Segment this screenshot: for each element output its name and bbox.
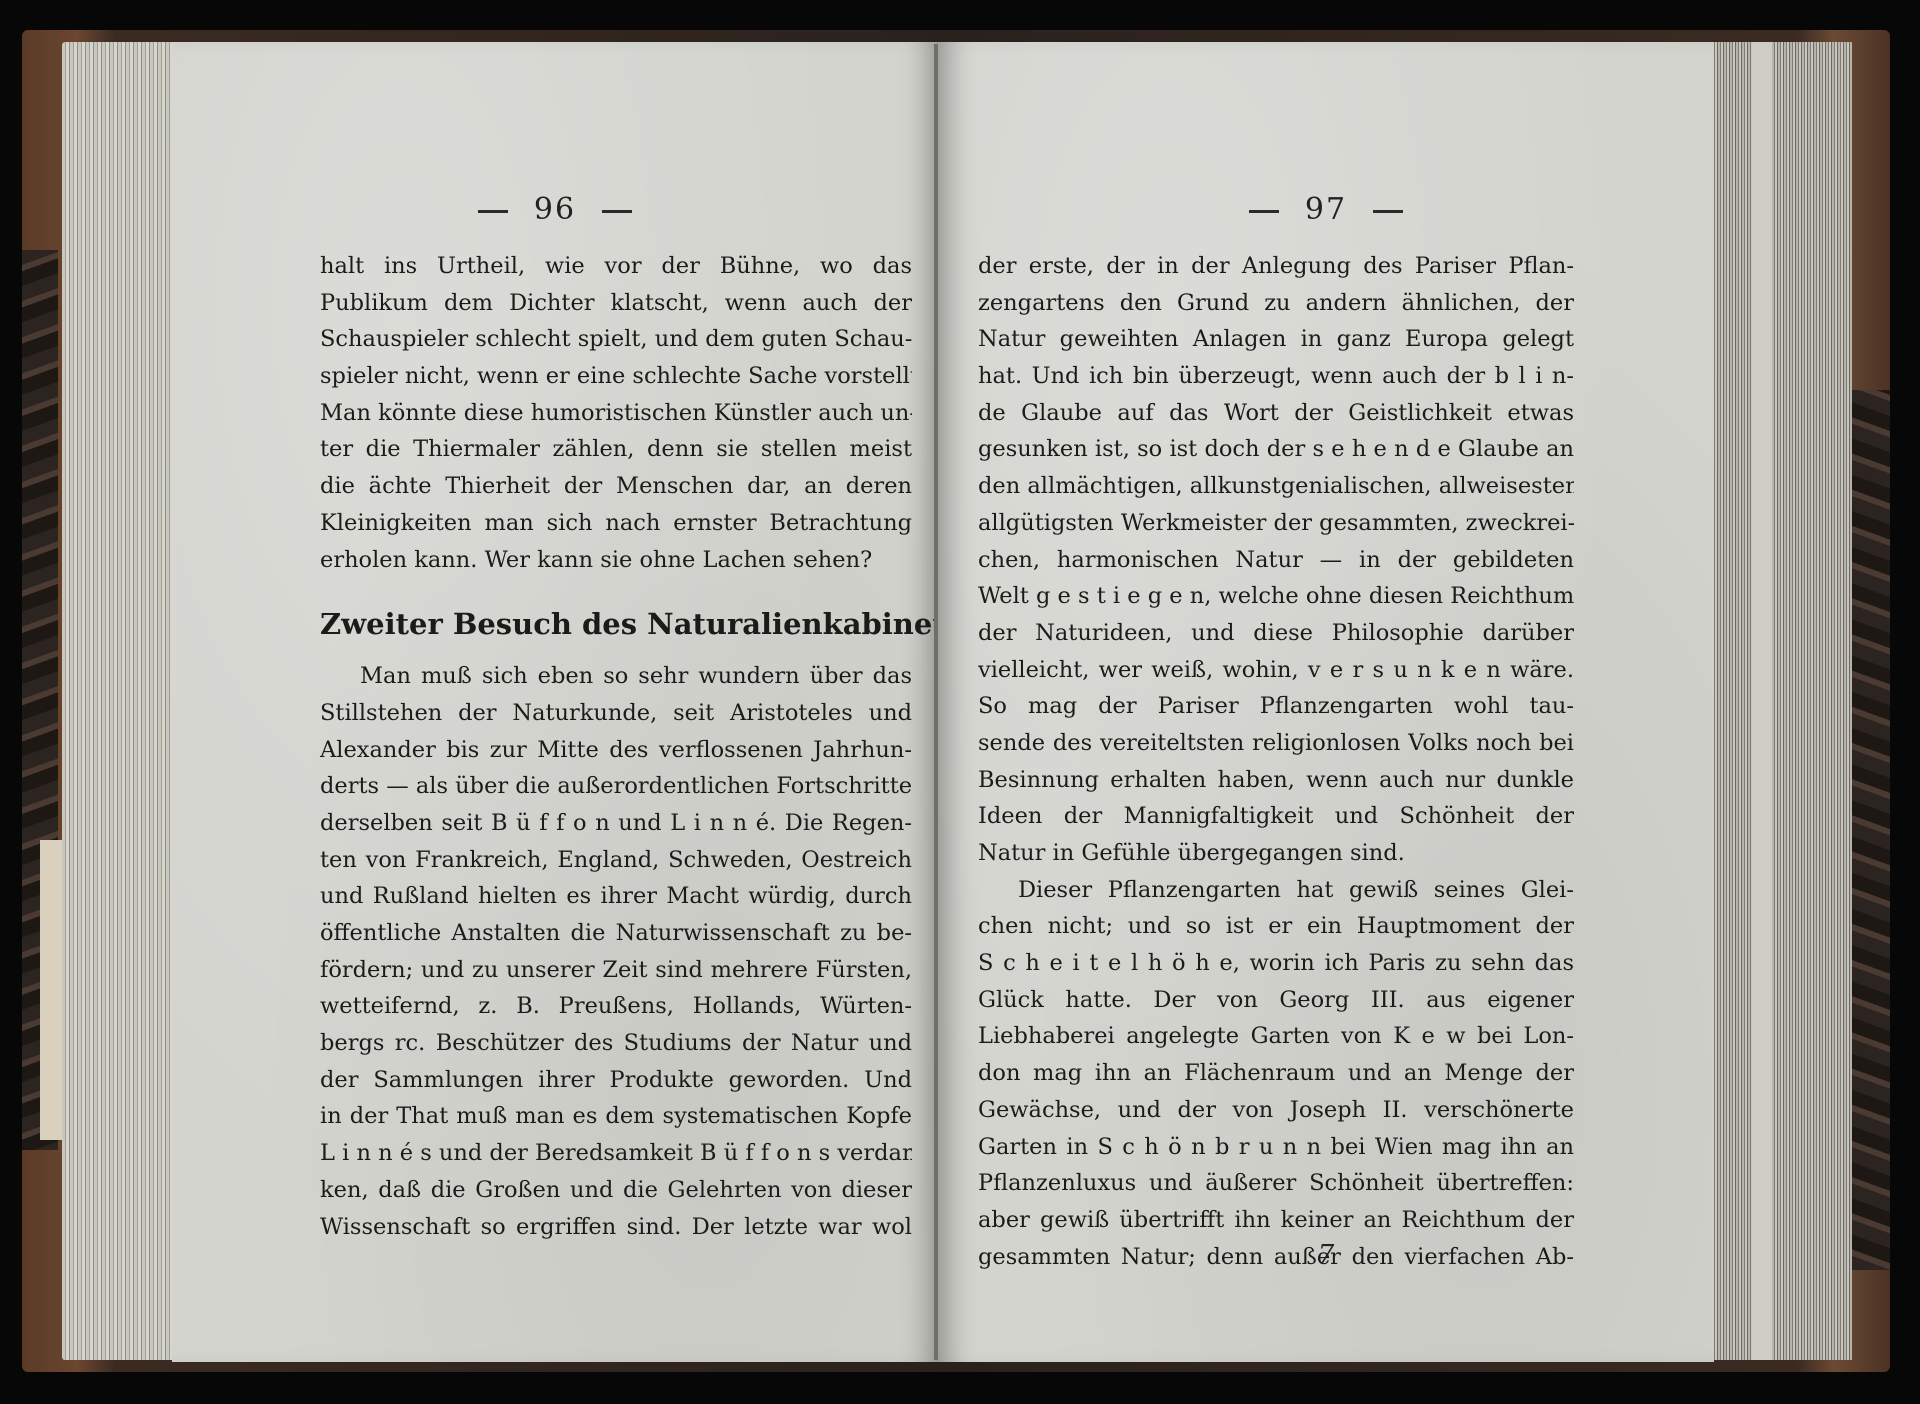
text-line: ken, daß die Großen und die Gelehrten vo… (320, 1172, 912, 1209)
text-line: gesunken ist, so ist doch der s e h e n … (978, 431, 1574, 468)
text-line: Wissenschaft so ergriffen sind. Der letz… (320, 1209, 912, 1246)
text-line: den allmächtigen, allkunstgenialischen, … (978, 468, 1574, 505)
text-line: der erste, der in der Anlegung des Paris… (978, 248, 1574, 285)
text-line: chen nicht; und so ist er ein Hauptmomen… (978, 908, 1574, 945)
text-line: So mag der Pariser Pflanzengarten wohl t… (978, 688, 1574, 725)
dash-ornament (478, 210, 508, 213)
text-line: ter die Thiermaler zählen, denn sie stel… (320, 431, 912, 468)
text-line: derselben seit B ü f f o n und L i n n é… (320, 805, 912, 842)
text-line: Publikum dem Dichter klatscht, wenn auch… (320, 285, 912, 322)
text-line: Man muß sich eben so sehr wundern über d… (320, 658, 912, 695)
text-line: halt ins Urtheil, wie vor der Bühne, wo … (320, 248, 912, 285)
text-line: vielleicht, wer weiß, wohin, v e r s u n… (978, 652, 1574, 689)
page-stack-right (1712, 42, 1852, 1360)
dash-ornament (602, 210, 632, 213)
text-line: bergs rc. Beschützer des Studiums der Na… (320, 1025, 912, 1062)
text-line: ten von Frankreich, England, Schweden, O… (320, 842, 912, 879)
text-line: der Naturideen, und diese Philosophie da… (978, 615, 1574, 652)
left-page-text: halt ins Urtheil, wie vor der Bühne, wo … (320, 248, 912, 1245)
right-page-text: der erste, der in der Anlegung des Paris… (978, 248, 1574, 1275)
text-line: der Sammlungen ihrer Produkte geworden. … (320, 1062, 912, 1099)
text-line: S c h e i t e l h ö h e, worin ich Paris… (978, 945, 1574, 982)
text-line: wetteifernd, z. B. Preußens, Hollands, W… (320, 988, 912, 1025)
text-line: Ideen der Mannigfaltigkeit und Schönheit… (978, 798, 1574, 835)
text-line: Dieser Pflanzengarten hat gewiß seines G… (978, 872, 1574, 909)
text-line: Kleinigkeiten man sich nach ernster Betr… (320, 505, 912, 542)
text-line: öffentliche Anstalten die Naturwissensch… (320, 915, 912, 952)
text-line: L i n n é s und der Beredsamkeit B ü f f… (320, 1135, 912, 1172)
text-line: aber gewiß übertrifft ihn keiner an Reic… (978, 1202, 1574, 1239)
text-line: allgütigsten Werkmeister der gesammten, … (978, 505, 1574, 542)
text-line: die ächte Thierheit der Menschen dar, an… (320, 468, 912, 505)
dash-ornament (1249, 210, 1279, 213)
text-line: Natur geweihten Anlagen in ganz Europa g… (978, 321, 1574, 358)
text-line: Natur in Gefühle übergegangen sind. (978, 835, 1574, 872)
text-line: chen, harmonischen Natur — in der gebild… (978, 542, 1574, 579)
page-number-right: 97 (1305, 192, 1347, 227)
page-stack-highlight (1752, 42, 1772, 1360)
page-stack-left (62, 42, 174, 1360)
text-line: hat. Und ich bin überzeugt, wenn auch de… (978, 358, 1574, 395)
text-line: Welt g e s t i e g e n, welche ohne dies… (978, 578, 1574, 615)
left-page: 96 halt ins Urtheil, wie vor der Bühne, … (172, 42, 938, 1362)
text-line: und Rußland hielten es ihrer Macht würdi… (320, 878, 912, 915)
text-line: Besinnung erhalten haben, wenn auch nur … (978, 762, 1574, 799)
page-header-left: 96 (172, 192, 938, 227)
marbled-board-right (1850, 390, 1890, 1270)
text-line: Glück hatte. Der von Georg III. aus eige… (978, 982, 1574, 1019)
text-line: Pflanzenluxus und äußerer Schönheit über… (978, 1165, 1574, 1202)
text-line: Alexander bis zur Mitte des verflossenen… (320, 732, 912, 769)
text-line: Garten in S c h ö n b r u n n bei Wien m… (978, 1129, 1574, 1166)
text-line: Schauspieler schlecht spielt, und dem gu… (320, 321, 912, 358)
text-line: de Glaube auf das Wort der Geistlichkeit… (978, 395, 1574, 432)
text-line: zengartens den Grund zu andern ähnlichen… (978, 285, 1574, 322)
text-line: Stillstehen der Naturkunde, seit Aristot… (320, 695, 912, 732)
text-line: erholen kann. Wer kann sie ohne Lachen s… (320, 542, 912, 579)
section-heading: Zweiter Besuch des Naturalienkabinets. (320, 578, 912, 658)
text-line: Man könnte diese humoristischen Künstler… (320, 395, 912, 432)
dash-ornament (1373, 210, 1403, 213)
text-line: in der That muß man es dem systematische… (320, 1098, 912, 1135)
page-number-left: 96 (534, 192, 576, 227)
signature-mark: 7 (938, 1240, 1714, 1270)
text-line: don mag ihn an Flächenraum und an Menge … (978, 1055, 1574, 1092)
text-line: sende des vereiteltsten religionlosen Vo… (978, 725, 1574, 762)
text-line: spieler nicht, wenn er eine schlechte Sa… (320, 358, 912, 395)
right-page: 97 der erste, der in der Anlegung des Pa… (938, 42, 1714, 1362)
text-line: Liebhaberei angelegte Garten von K e w b… (978, 1018, 1574, 1055)
text-line: derts — als über die außerordentlichen F… (320, 768, 912, 805)
text-line: fördern; und zu unserer Zeit sind mehrer… (320, 952, 912, 989)
text-line: Gewächse, und der von Joseph II. verschö… (978, 1092, 1574, 1129)
page-header-right: 97 (938, 192, 1714, 227)
